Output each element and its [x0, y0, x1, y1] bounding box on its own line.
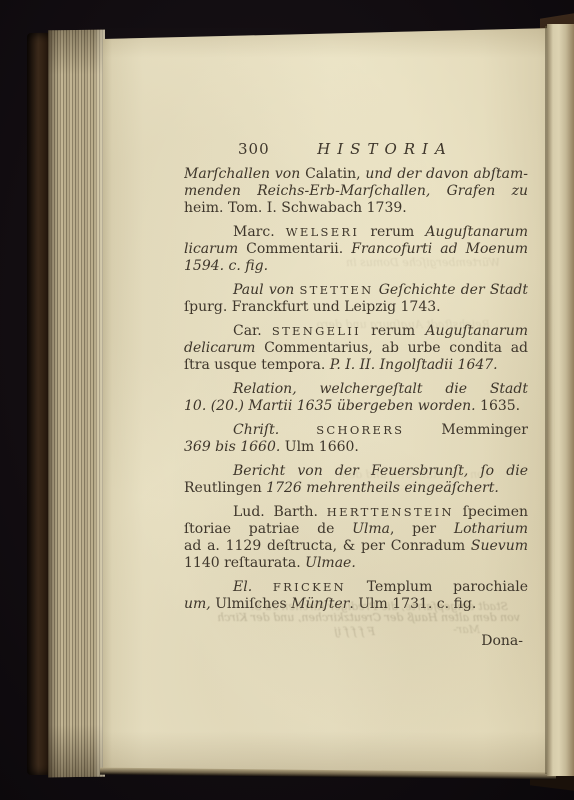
- entry-line: Bericht von der Feuersbrunſt, ſo die Rei…: [184, 463, 528, 480]
- text-segment: Suevum: [471, 538, 528, 554]
- text-segment: Ulmiſches: [211, 596, 291, 612]
- entry-line: Car. STENGELII rerum Auguſtanarum Vin-: [184, 323, 528, 340]
- entry-line: 1140 reſtaurata. Ulmae.: [184, 555, 528, 572]
- text-segment: HERTTENSTEIN: [327, 505, 454, 519]
- text-segment: Bericht von der Feuersbrunſt, ſo die Rei…: [184, 463, 528, 480]
- text-segment: . Ulm 1731. c. fig.: [349, 596, 476, 612]
- text-segment: Marc.: [233, 224, 286, 240]
- text-segment: SCHORERS: [316, 423, 404, 437]
- entry-line: 1594. c. fig.: [184, 258, 528, 275]
- text-segment: delicarum: [184, 340, 264, 356]
- text-segment: um,: [184, 596, 211, 612]
- text-segment: Memminger: [404, 422, 528, 438]
- text-segment: Münſter: [291, 596, 349, 612]
- bibliography-entry: Relation, welchergeſtalt die Stadt Augſp…: [184, 381, 528, 415]
- entry-line: menden Reichs-Erb-Marſchallen, Grafen zu…: [184, 183, 528, 200]
- text-segment: heim. Tom. I. Schwabach 1739.: [184, 200, 407, 216]
- text-segment: ſtoriae patriae de: [184, 521, 352, 537]
- bibliography-entry: Marc. WELSERI rerum Auguſtanarum Vinde-l…: [184, 224, 528, 275]
- text-segment: STETTEN: [299, 283, 373, 297]
- text-segment: , per: [390, 521, 454, 537]
- text-segment: 10. (20.) Martii 1635 übergeben worden.: [184, 398, 480, 414]
- bibliography-entry: Paul von STETTEN Geſchichte der Stadt Au…: [184, 282, 528, 316]
- text-segment: Lud. Barth.: [233, 504, 327, 520]
- entry-line: Paul von STETTEN Geſchichte der Stadt Au…: [184, 282, 528, 299]
- entry-line: Lud. Barth. HERTTENSTEIN ſpecimen hi-: [184, 504, 528, 521]
- text-segment: FRICKEN: [273, 580, 346, 594]
- text-segment: Chriſt.: [233, 422, 316, 438]
- text-segment: ad a. 1129 deſtructa, & per Conradum: [184, 538, 471, 554]
- text-segment: Paul von: [233, 282, 299, 298]
- text-segment: Lotharium: [454, 521, 528, 537]
- entry-line: Chriſt. SCHORERS Memminger Chronick, von: [184, 422, 528, 439]
- entry-line: Marſchallen von Calatin, und der davon a…: [184, 166, 528, 183]
- text-segment: Templum parochiale: [346, 579, 528, 595]
- text-segment: STENGELII: [272, 324, 361, 338]
- text-segment: Marſchallen von: [184, 166, 305, 182]
- text-segment: rerum: [361, 323, 425, 339]
- text-segment: Francofurti ad Moenum: [351, 241, 528, 257]
- text-segment: Geſchichte der Stadt: [374, 282, 529, 298]
- entry-line: ad a. 1129 deſtructa, & per Conradum Sue…: [184, 538, 528, 555]
- text-segment: rerum: [359, 224, 425, 240]
- page-number: 300: [238, 141, 270, 158]
- text-segment: 1635.: [480, 398, 520, 414]
- text-segment: Relation, welchergeſtalt die Stadt: [233, 381, 528, 397]
- catchword: Dona-: [481, 633, 523, 650]
- bibliography-entry: Lud. Barth. HERTTENSTEIN ſpecimen hi-ſto…: [184, 504, 528, 572]
- bibliography-entry: Car. STENGELII rerum Auguſtanarum Vin-de…: [184, 323, 528, 374]
- text-segment: P. I. II. Ingolſtadii 1647.: [330, 357, 498, 373]
- bibliography-entry: Marſchallen von Calatin, und der davon a…: [184, 166, 528, 217]
- text-segment: Ulm 1660.: [285, 439, 359, 455]
- bibliography-entry: Chriſt. SCHORERS Memminger Chronick, von…: [184, 422, 528, 456]
- text-segment: 1594. c. fig.: [184, 258, 268, 274]
- text-segment: ſpurg. Franckfurt und Leipzig 1743.: [184, 299, 441, 315]
- text-segment: Commentarii.: [246, 241, 351, 257]
- entry-line: ſtoriae patriae de Ulma, per Lotharium S…: [184, 521, 528, 538]
- entry-line: Relation, welchergeſtalt die Stadt Augſp…: [184, 381, 528, 398]
- photo-of-open-book: 300 HISTORIA Marſchallen von Calatin, un…: [0, 0, 574, 800]
- entry-line: delicarum Commentarius, ab urbe condita …: [184, 340, 528, 357]
- text-segment: Ulmae.: [305, 555, 356, 571]
- entry-line: 10. (20.) Martii 1635 übergeben worden. …: [184, 398, 528, 415]
- text-segment: Reutlingen: [184, 480, 266, 496]
- entry-line: 369 bis 1660. Ulm 1660.: [184, 439, 528, 456]
- entries: Marſchallen von Calatin, und der davon a…: [184, 166, 528, 613]
- entry-line: El. FRICKEN Templum parochiale Ulmenſi-: [184, 579, 528, 596]
- text-segment: Calatin,: [305, 166, 365, 182]
- gutter-adjacent-page: [547, 24, 574, 776]
- page-edge-stack: [48, 30, 105, 778]
- running-header: HISTORIA: [184, 141, 528, 158]
- text-segment: und der davon abſtam-: [365, 166, 528, 182]
- text-segment: Car.: [233, 323, 272, 339]
- text-segment: 1726 mehrentheils eingeäſchert.: [266, 480, 499, 496]
- bibliography-entry: Bericht von der Feuersbrunſt, ſo die Rei…: [184, 463, 528, 497]
- text-segment: licarum: [184, 241, 246, 257]
- entry-line: ſpurg. Franckfurt und Leipzig 1743.: [184, 299, 528, 316]
- text-segment: Ulma: [352, 521, 390, 537]
- bibliography-entry: El. FRICKEN Templum parochiale Ulmenſi-u…: [184, 579, 528, 613]
- text-segment: menden Reichs-Erb-Marſchallen, Grafen zu: [184, 183, 528, 199]
- entry-line: um, Ulmiſches Münſter. Ulm 1731. c. fig.: [184, 596, 528, 613]
- text-segment: El.: [233, 579, 273, 595]
- text-block: 300 HISTORIA Marſchallen von Calatin, un…: [184, 140, 528, 620]
- entry-line: Marc. WELSERI rerum Auguſtanarum Vinde-: [184, 224, 528, 241]
- entry-line: heim. Tom. I. Schwabach 1739.: [184, 200, 528, 217]
- text-segment: 1140 reſtaurata.: [184, 555, 305, 571]
- text-segment: WELSERI: [286, 225, 359, 239]
- entry-line: Reutlingen 1726 mehrentheils eingeäſcher…: [184, 480, 528, 497]
- entry-line: licarum Commentarii. Francofurti ad Moen…: [184, 241, 528, 258]
- text-segment: 369 bis 1660.: [184, 439, 285, 455]
- entry-line: ſtra usque tempora. P. I. II. Ingolſtadi…: [184, 357, 528, 374]
- text-segment: ſtra usque tempora.: [184, 357, 330, 373]
